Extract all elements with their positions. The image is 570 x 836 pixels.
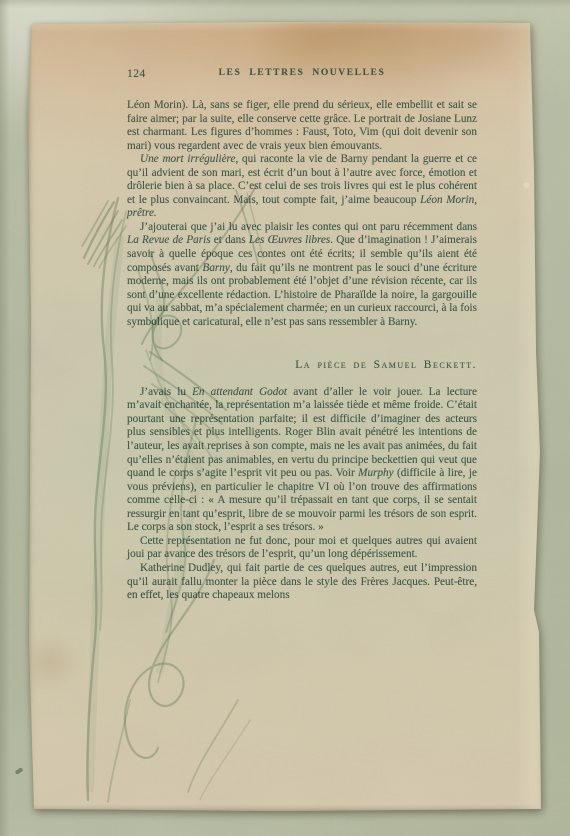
article-body: Léon Morin). Là, sans se figer, elle pre… xyxy=(127,99,477,603)
paragraph: Une mort irrégulière, qui raconte la vie… xyxy=(127,153,477,221)
paragraph: J’ajouterai que j’ai lu avec plaisir les… xyxy=(127,221,477,329)
mount-ink-speck xyxy=(15,767,24,775)
book-page: 124 LES LETTRES NOUVELLES Léon Morin). L… xyxy=(28,22,542,811)
mount-top-edge-shading xyxy=(0,0,570,8)
page-shadow-wrap: 124 LES LETTRES NOUVELLES Léon Morin). L… xyxy=(28,22,542,811)
running-title: LES LETTRES NOUVELLES xyxy=(127,68,477,78)
page-right-edge-highlight xyxy=(516,22,542,811)
printed-content: 124 LES LETTRES NOUVELLES Léon Morin). L… xyxy=(127,68,477,603)
mount-left-edge-shading xyxy=(0,0,10,836)
left-edge-stain xyxy=(22,622,92,702)
section-heading: La pièce de Samuel Beckett. xyxy=(127,359,477,373)
paragraph: J’avais lu En attendant Godot avant d’al… xyxy=(127,386,477,535)
scanned-document-scene: 124 LES LETTRES NOUVELLES Léon Morin). L… xyxy=(0,0,570,836)
running-head: 124 LES LETTRES NOUVELLES xyxy=(127,68,477,82)
paper-fleck xyxy=(523,182,530,188)
paragraph: Katherine Dudley, qui fait partie de ces… xyxy=(127,562,477,603)
paragraph: Léon Morin). Là, sans se figer, elle pre… xyxy=(127,99,477,153)
page-number: 124 xyxy=(127,68,146,80)
paragraph: Cette représentation ne fut donc, pour m… xyxy=(127,535,477,562)
